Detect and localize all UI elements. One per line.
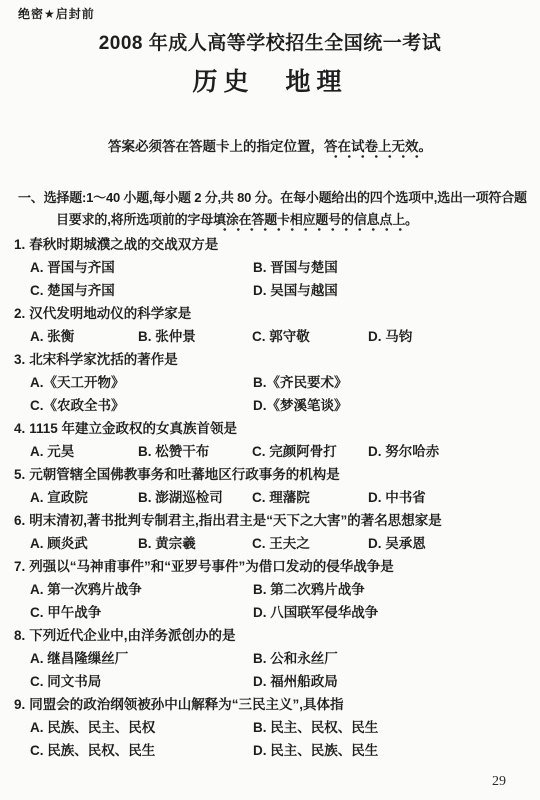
section-heading-line1: 一、选择题:1～40 小题,每小题 2 分,共 80 分。在每小题给出的四个选项… [18,187,534,209]
option: D. 努尔哈赤 [368,440,540,463]
exam-title: 2008 年成人高等学校招生全国统一考试 [0,33,540,55]
question-item: 3.北宋科学家沈括的著作是A.《天工开物》B.《齐民要术》C.《农政全书》D.《… [14,348,540,417]
option: B. 晋国与楚国 [253,256,540,279]
question-stem: 1.春秋时期城濮之战的交战双方是 [14,233,540,256]
question-item: 5.元朝管辖全国佛教事务和吐蕃地区行政事务的机构是A. 宣政院B. 澎湖巡检司C… [14,463,540,509]
question-item: 4.1115 年建立金政权的女真族首领是A. 元昊B. 松赞干布C. 完颜阿骨打… [14,417,540,463]
question-stem-text: 春秋时期城濮之战的交战双方是 [29,237,218,252]
option: A. 宣政院 [30,486,138,509]
question-number: 8. [14,628,25,643]
question-item: 8.下列近代企业中,由洋务派创办的是A. 继昌隆缫丝厂B. 公和永丝厂C. 同文… [14,624,540,693]
option-list: A. 民族、民主、民权B. 民主、民权、民生C. 民族、民权、民生D. 民主、民… [14,716,540,762]
question-number: 6. [14,513,25,528]
question-stem: 7.列强以“马神甫事件”和“亚罗号事件”为借口发动的侵华战争是 [14,555,540,578]
option: B. 张仲景 [138,325,252,348]
notice-text: 答案必须答在答题卡上的指定位置， [108,139,324,154]
question-stem-text: 同盟会的政治纲领被孙中山解释为“三民主义”,具体指 [29,697,343,712]
notice-period: 。 [419,139,433,154]
option: A. 元昊 [30,440,138,463]
exam-paper-page: 绝密★启封前 2008 年成人高等学校招生全国统一考试 历史 地理 答案必须答在… [0,0,540,800]
question-stem: 4.1115 年建立金政权的女真族首领是 [14,417,540,440]
option: C. 完颜阿骨打 [252,440,368,463]
option: A. 民族、民主、民权 [30,716,253,739]
exam-subject-title: 历史 地理 [0,67,540,97]
section-one-heading: 一、选择题:1～40 小题,每小题 2 分,共 80 分。在每小题给出的四个选项… [18,187,534,231]
option-list: A. 继昌隆缫丝厂B. 公和永丝厂C. 同文书局D. 福州船政局 [14,647,540,693]
question-number: 5. [14,467,25,482]
question-stem-text: 汉代发明地动仪的科学家是 [29,306,191,321]
option: C. 楚国与齐国 [30,279,253,302]
question-stem: 2.汉代发明地动仪的科学家是 [14,302,540,325]
option-list: A.《天工开物》B.《齐民要术》C.《农政全书》D.《梦溪笔谈》 [14,371,540,417]
option: A. 第一次鸦片战争 [30,578,253,601]
option: C.《农政全书》 [30,394,253,417]
question-stem: 9.同盟会的政治纲领被孙中山解释为“三民主义”,具体指 [14,693,540,716]
option-list: A. 第一次鸦片战争B. 第二次鸦片战争C. 甲午战争D. 八国联军侵华战争 [14,578,540,624]
question-stem: 5.元朝管辖全国佛教事务和吐蕃地区行政事务的机构是 [14,463,540,486]
question-item: 2.汉代发明地动仪的科学家是A. 张衡B. 张仲景C. 郭守敬D. 马钧 [14,302,540,348]
question-number: 4. [14,421,25,436]
question-item: 9.同盟会的政治纲领被孙中山解释为“三民主义”,具体指A. 民族、民主、民权B.… [14,693,540,762]
option: A. 继昌隆缫丝厂 [30,647,253,670]
option-list: A. 元昊B. 松赞干布C. 完颜阿骨打D. 努尔哈赤 [14,440,540,463]
option: D. 中书省 [368,486,540,509]
option: B. 公和永丝厂 [253,647,540,670]
option-list: A. 张衡B. 张仲景C. 郭守敬D. 马钧 [14,325,540,348]
option: C. 郭守敬 [252,325,368,348]
question-list: 1.春秋时期城濮之战的交战双方是A. 晋国与齐国B. 晋国与楚国C. 楚国与齐国… [14,233,540,762]
question-stem-text: 下列近代企业中,由洋务派创办的是 [29,628,235,643]
question-stem: 6.明末清初,著书批判专制君主,指出君主是“天下之大害”的著名思想家是 [14,509,540,532]
question-number: 9. [14,697,25,712]
question-stem-text: 明末清初,著书批判专制君主,指出君主是“天下之大害”的著名思想家是 [29,513,442,528]
option: C. 王夫之 [252,532,368,555]
option: A. 顾炎武 [30,532,138,555]
option: C. 甲午战争 [30,601,253,624]
question-stem-text: 列强以“马神甫事件”和“亚罗号事件”为借口发动的侵华战争是 [29,559,394,574]
question-item: 7.列强以“马神甫事件”和“亚罗号事件”为借口发动的侵华战争是A. 第一次鸦片战… [14,555,540,624]
option: D. 吴承恩 [368,532,540,555]
option: C. 理藩院 [252,486,368,509]
option: B. 民主、民权、民生 [253,716,540,739]
option: B. 松赞干布 [138,440,252,463]
option-list: A. 顾炎武B. 黄宗羲C. 王夫之D. 吴承恩 [14,532,540,555]
section-heading-line2: 目要求的,将所选项前的字母填涂在答题卡相应题号的信息点上。 [18,209,534,231]
option: D. 福州船政局 [253,670,540,693]
security-label: 绝密★启封前 [18,5,95,22]
question-stem: 8.下列近代企业中,由洋务派创办的是 [14,624,540,647]
option: D. 马钧 [368,325,540,348]
question-item: 1.春秋时期城濮之战的交战双方是A. 晋国与齐国B. 晋国与楚国C. 楚国与齐国… [14,233,540,302]
option: B. 澎湖巡检司 [138,486,252,509]
question-stem-text: 元朝管辖全国佛教事务和吐蕃地区行政事务的机构是 [29,467,340,482]
page-number: 29 [492,774,506,790]
question-stem-text: 北宋科学家沈括的著作是 [29,352,178,367]
option: D.《梦溪笔谈》 [253,394,540,417]
question-number: 1. [14,237,25,252]
option: C. 同文书局 [30,670,253,693]
option: D. 民主、民族、民生 [253,739,540,762]
section-heading-period: 。 [405,212,418,227]
option: C. 民族、民权、民生 [30,739,253,762]
question-number: 7. [14,559,25,574]
option: D. 八国联军侵华战争 [253,601,540,624]
question-number: 2. [14,306,25,321]
question-item: 6.明末清初,著书批判专制君主,指出君主是“天下之大害”的著名思想家是A. 顾炎… [14,509,540,555]
option: D. 吴国与越国 [253,279,540,302]
option-list: A. 宣政院B. 澎湖巡检司C. 理藩院D. 中书省 [14,486,540,509]
option: A. 晋国与齐国 [30,256,253,279]
option: B. 黄宗羲 [138,532,252,555]
question-number: 3. [14,352,25,367]
option-list: A. 晋国与齐国B. 晋国与楚国C. 楚国与齐国D. 吴国与越国 [14,256,540,302]
option: A.《天工开物》 [30,371,253,394]
question-stem: 3.北宋科学家沈括的著作是 [14,348,540,371]
notice-emphasized-text: 答在试卷上无效 [324,139,419,158]
option: A. 张衡 [30,325,138,348]
answer-sheet-notice: 答案必须答在答题卡上的指定位置，答在试卷上无效。 [0,138,540,155]
section-heading-emphasized-text: 填涂在答题卡相应题号的信息点上 [213,212,405,231]
option: B.《齐民要术》 [253,371,540,394]
question-stem-text: 1115 年建立金政权的女真族首领是 [29,421,237,436]
option: B. 第二次鸦片战争 [253,578,540,601]
section-heading-line2-text: 目要求的,将所选项前的字母 [56,212,213,227]
